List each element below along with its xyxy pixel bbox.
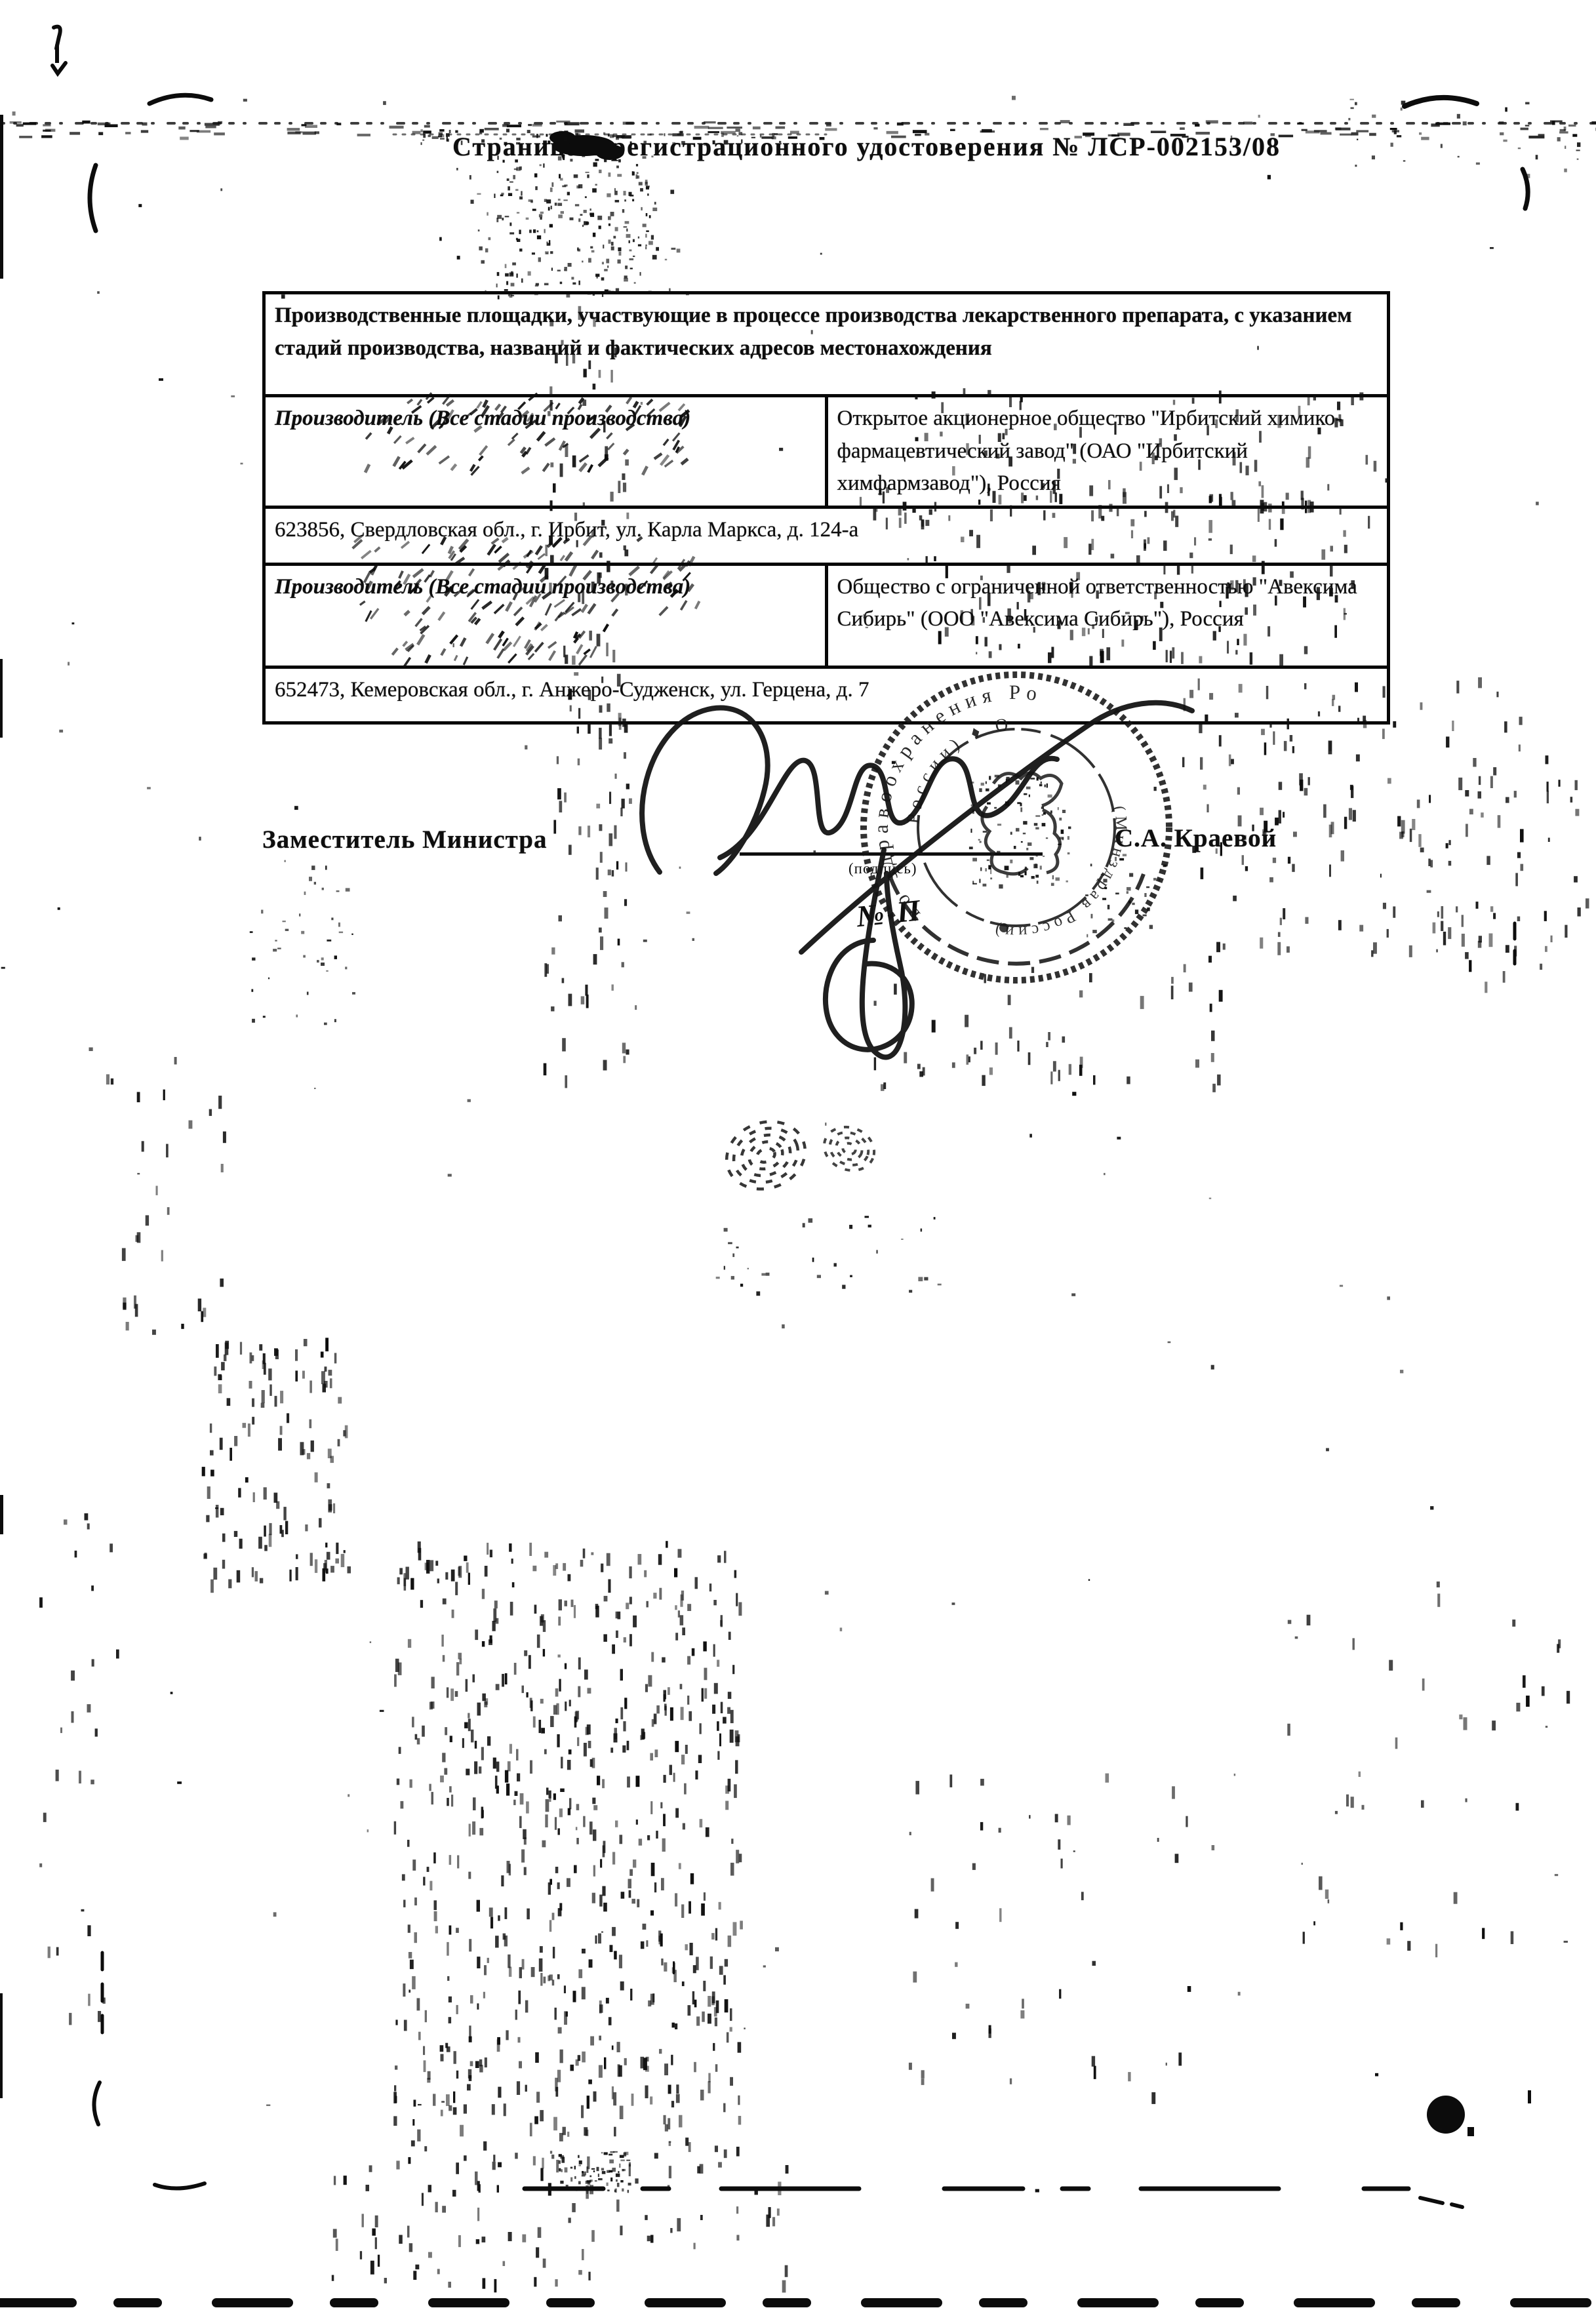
stamp-outer-ring-text: во здравоохранения Ро	[869, 681, 1045, 925]
production-sites-table: Производственные площадки, участвующие в…	[262, 291, 1390, 725]
ministry-round-stamp-icon: во здравоохранения Ро России) ♦ О (Минзд…	[846, 656, 1187, 999]
punch-hole-dot	[1427, 2096, 1465, 2134]
producer2-name-cell: Общество с ограниченной ответственностью…	[826, 564, 1389, 667]
svg-text:во здравоохранения Ро: во здравоохранения Ро	[869, 681, 1045, 925]
producer1-role-cell: Производитель (Все стадии производства)	[264, 396, 827, 507]
table-header-cell: Производственные площадки, участвующие в…	[264, 293, 1389, 396]
page-title: Страница 2 регистрационного удостоверени…	[452, 131, 1266, 162]
signer-position-title: Заместитель Министра	[262, 825, 547, 854]
stamp-center-emblem	[982, 773, 1062, 932]
producer1-address-cell: 623856, Свердловская обл., г. Ирбит, ул.…	[264, 507, 1389, 564]
producer2-role-cell: Производитель (Все стадии производства)	[264, 564, 827, 667]
producer1-name-cell: Открытое акционерное общество "Ирбитский…	[826, 396, 1389, 507]
producer2-address-cell: 652473, Кемеровская обл., г. Анжеро-Судж…	[264, 667, 1389, 723]
scanned-certificate-page: Страница 2 регистрационного удостоверени…	[0, 0, 1596, 2308]
